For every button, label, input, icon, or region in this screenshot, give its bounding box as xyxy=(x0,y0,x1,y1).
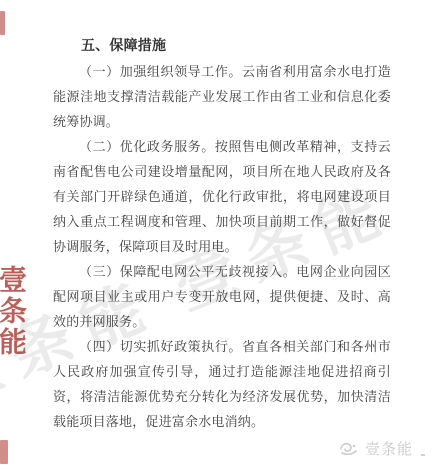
section-title: 五、保障措施 xyxy=(53,34,391,59)
brand-tick-mark xyxy=(421,454,425,456)
paragraph-1: （一）加强组织领导工作。云南省利用富余水电打造能源洼地支撑清洁载能产业发展工作由… xyxy=(53,59,391,134)
paragraph-4: （四）切实抓好政策执行。省直各相关部门和各州市人民政府加强宣传引导，通过打造能源… xyxy=(53,334,391,434)
paragraph-3: （三）保障配电网公平无歧视接入。电网企业向园区配网项目业主或用户专变开放电网，提… xyxy=(53,259,391,334)
paragraph-2: （二）优化政务服务。按照售电侧改革精神，支持云南省配售电公司建设增量配网，项目所… xyxy=(53,134,391,259)
red-edge-mark-top xyxy=(0,11,5,35)
brand-logo-icon xyxy=(338,440,360,458)
brand-watermark: 壹条能 xyxy=(338,438,425,459)
red-edge-mark-bottom xyxy=(0,440,8,464)
document-page: 壹条能壹条能 五、保障措施 （一）加强组织领导工作。云南省利用富余水电打造能源洼… xyxy=(0,0,432,465)
document-body: 五、保障措施 （一）加强组织领导工作。云南省利用富余水电打造能源洼地支撑清洁载能… xyxy=(53,34,391,434)
brand-label: 壹条能 xyxy=(365,438,413,459)
red-edge-watermark: 壹条能 xyxy=(0,265,31,358)
